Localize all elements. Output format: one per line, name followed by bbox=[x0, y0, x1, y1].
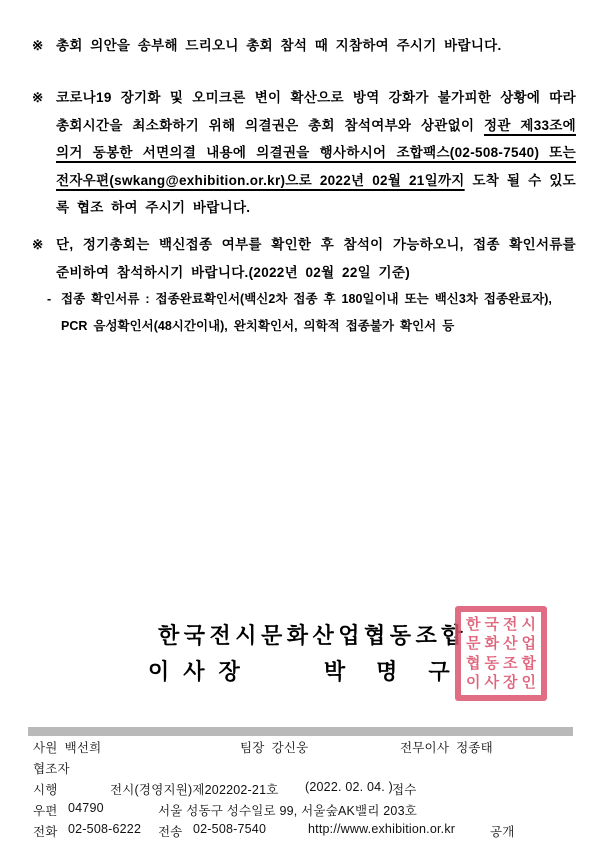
approver-staff-role: 사원 bbox=[33, 741, 58, 755]
issue-date: (2022. 02. 04. ) bbox=[305, 780, 393, 794]
notice-paragraph-1: ※ 총회 의안을 송부해 드리오니 총회 참석 때 지참하여 주시기 바랍니다. bbox=[32, 32, 576, 60]
organization-name: 한국전시문화산업협동조합 bbox=[158, 619, 467, 650]
disclosure-label: 공개 bbox=[490, 822, 515, 840]
dash-mark: - bbox=[47, 286, 61, 339]
approver-staff: 사원백선희 bbox=[33, 738, 101, 756]
approver-team-leader-role: 팀장 bbox=[240, 741, 265, 755]
postal-label: 우편 bbox=[33, 801, 58, 819]
notice-text-1: 총회 의안을 송부해 드리오니 총회 참석 때 지참하여 주시기 바랍니다. bbox=[56, 32, 576, 60]
approver-staff-name: 백선희 bbox=[65, 741, 102, 755]
reference-mark: ※ bbox=[32, 84, 56, 222]
fax-number: 02-508-7540 bbox=[193, 822, 266, 836]
sub-notice: - 접종 확인서류 : 접종완료확인서(백신2차 접종 후 180일이내 또는 … bbox=[47, 286, 570, 339]
approver-executive-role: 전무이사 bbox=[400, 741, 449, 755]
issue-label: 시행 bbox=[33, 780, 58, 798]
signature-line: 이사장 박명구 bbox=[148, 655, 481, 686]
official-seal-stamp: 한국전시 문화산업 협동조합 이사장인 bbox=[455, 606, 547, 701]
notice-text-3: 단, 정기총회는 백신접종 여부를 확인한 후 참석이 가능하오니, 접종 확인… bbox=[56, 231, 576, 286]
phone-label: 전화 bbox=[33, 822, 58, 840]
address: 서울 성동구 성수일로 99, 서울숲AK밸리 203호 bbox=[158, 801, 417, 819]
sub-notice-text: 접종 확인서류 : 접종완료확인서(백신2차 접종 후 180일이내 또는 백신… bbox=[61, 286, 570, 339]
cooperator-label: 협조자 bbox=[33, 759, 70, 777]
notice-text-2: 코로나19 장기화 및 오미크론 변이 확산으로 방역 강화가 불가피한 상황에… bbox=[56, 84, 576, 222]
fax-label: 전송 bbox=[158, 822, 183, 840]
approver-team-leader-name: 강신웅 bbox=[272, 741, 309, 755]
reference-mark: ※ bbox=[32, 231, 56, 286]
notice-paragraph-2: ※ 코로나19 장기화 및 오미크론 변이 확산으로 방역 강화가 불가피한 상… bbox=[32, 84, 576, 222]
website-url: http://www.exhibition.or.kr bbox=[308, 822, 455, 836]
notice-paragraph-3: ※ 단, 정기총회는 백신접종 여부를 확인한 후 참석이 가능하오니, 접종 … bbox=[32, 231, 576, 286]
seal-row-1: 한국전시 bbox=[462, 615, 540, 635]
document-page: ※ 총회 의안을 송부해 드리오니 총회 참석 때 지참하여 주시기 바랍니다.… bbox=[0, 0, 600, 862]
approver-executive-name: 정종태 bbox=[456, 741, 493, 755]
seal-row-2: 문화산업 bbox=[462, 634, 540, 654]
phone-number: 02-508-6222 bbox=[68, 822, 141, 836]
seal-row-4: 이사장인 bbox=[462, 673, 540, 693]
receipt-label: 접수 bbox=[392, 780, 417, 798]
footer-divider-bar bbox=[28, 727, 573, 736]
seal-row-3: 협동조합 bbox=[462, 654, 540, 674]
approver-team-leader: 팀장강신웅 bbox=[240, 738, 308, 756]
document-number: 전시(경영지원)제202202-21호 bbox=[110, 780, 279, 798]
postal-code: 04790 bbox=[68, 801, 104, 815]
approver-executive: 전무이사정종태 bbox=[400, 738, 493, 756]
signer-title: 이사장 bbox=[148, 659, 254, 684]
reference-mark: ※ bbox=[32, 32, 56, 60]
